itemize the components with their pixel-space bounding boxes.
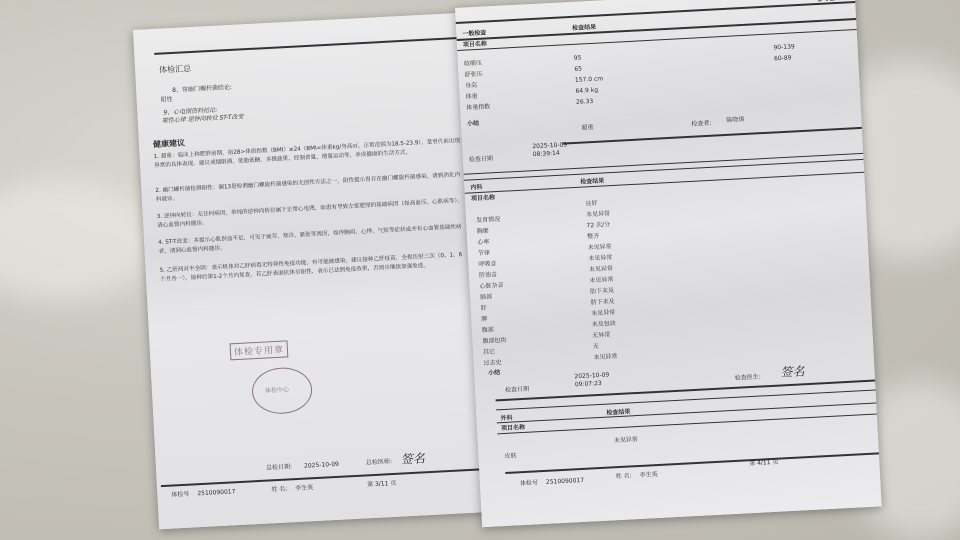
table-row-item: 脾 <box>481 315 487 324</box>
fabric-fold <box>0 180 160 300</box>
table-row-ref: 60-89 <box>774 53 792 63</box>
table-row-item: 其它 <box>483 347 495 357</box>
table-row-item: 身高 <box>465 81 477 91</box>
table-row-item: 体重 <box>465 92 477 102</box>
report-page-3: 体检汇总 8、常幽门螺杆菌结论: 阳性 9、心电图资料结论: 窦性心律 逆钟向转… <box>133 12 494 529</box>
surgery-result: 未见异常 <box>614 435 638 445</box>
summary-item-value: 阳性 <box>160 95 172 105</box>
table-row-result: 未见异常 <box>593 352 617 362</box>
table-row-result: 95 <box>574 53 582 62</box>
table-row-result: 良好 <box>585 199 597 209</box>
footer-name: 李生英 <box>295 483 313 493</box>
divider <box>456 1 856 23</box>
table-row-result: 未见异常 <box>589 275 613 285</box>
table-row-item: 收缩压 <box>464 59 482 69</box>
table-row-item: 肝 <box>481 304 487 313</box>
table-row-result: 未及包块 <box>592 319 616 329</box>
footer-name: 李生英 <box>639 470 657 480</box>
general-date-label: 检查日期 <box>469 154 493 164</box>
internal-doctor-label: 检查医生: <box>735 373 761 383</box>
footer-page-number: 第 3/11 页 <box>367 479 397 490</box>
surgery-item: 皮肤 <box>504 451 516 461</box>
internal-time: 09:07:23 <box>575 379 602 389</box>
table-row-item: 心率 <box>477 238 489 248</box>
divider <box>497 413 877 434</box>
footer-id: 2510090017 <box>197 487 236 498</box>
divider <box>496 380 876 401</box>
advice-item: 5. 乙肝两对半全阴：表示机体对乙肝病毒无特异性免疫功能，有可能被感染，建议接种… <box>159 251 467 285</box>
divider <box>465 172 865 194</box>
round-stamp-text: 体检中心 <box>265 384 289 394</box>
table-row-result: 未见异常 <box>586 209 610 219</box>
divider <box>457 18 857 40</box>
footer-id: 2510090017 <box>546 476 585 487</box>
general-summary-value: 超重 <box>581 123 593 133</box>
advice-item: 1. 超重：临床上称肥胖前期，指28>体质指数（BMI）≥24（BMI=体重kg… <box>153 137 461 171</box>
table-row-result: 65 <box>574 64 582 73</box>
internal-date-label: 检查日期 <box>505 385 529 395</box>
table-row-item: 肺部 <box>480 292 492 302</box>
table-row-result: 未见异常 <box>588 242 612 252</box>
general-summary-label: 小结 <box>467 119 479 129</box>
table-row-item: 腹部 <box>482 325 494 335</box>
table-row-result: 整齐 <box>587 232 599 242</box>
exam-date: 2025-10-09 <box>304 460 339 471</box>
exam-date-label: 总检日期: <box>266 462 292 472</box>
footer-divider <box>505 452 879 473</box>
footer-page-number: 第 4/11 页 <box>749 458 779 469</box>
table-row-item: 舒张压 <box>464 70 482 80</box>
table-row-result: 未见异常 <box>591 308 615 318</box>
table-row-item: 体重指数 <box>466 102 490 112</box>
divider <box>496 390 876 411</box>
table-row-item: 腹部包块 <box>482 336 506 346</box>
table-row-result: 无 <box>593 342 599 351</box>
table-row-item: 胸廓 <box>477 227 489 237</box>
footer-name-label: 姓 名: <box>616 471 632 481</box>
doctor-label: 总检医师: <box>366 457 392 467</box>
rect-stamp: 体检专用章 <box>230 340 289 360</box>
table-row-result: 64.9 kg <box>575 86 598 96</box>
table-row-item: 肝浊音 <box>479 270 497 280</box>
table-row-item: 心脏杂音 <box>479 281 503 291</box>
divider <box>457 29 857 51</box>
internal-doctor-signature: 签名 <box>780 362 805 380</box>
table-row-result: 肋下未及 <box>590 297 614 307</box>
footer-divider <box>161 468 484 486</box>
top-divider <box>154 37 461 55</box>
table-row-ref: 90-139 <box>773 42 795 52</box>
general-time: 08:39:14 <box>533 149 560 159</box>
divider <box>464 153 864 175</box>
round-stamp: 体检中心 <box>251 366 313 415</box>
examiner-label: 检查者: <box>691 119 711 129</box>
internal-summary-label: 小结 <box>488 368 500 378</box>
table-row-result: 未见异常 <box>589 264 613 274</box>
table-row-item: 发育情况 <box>476 215 500 225</box>
footer-id-label: 体检号 <box>171 490 189 500</box>
table-row-item: 过去史 <box>483 358 501 368</box>
section-title: 体检汇总 <box>159 63 192 76</box>
table-row-result: 72 次/分 <box>586 220 610 230</box>
table-row-result: 无异常 <box>592 330 610 340</box>
col-item-header: 项目名称 <box>471 193 495 203</box>
table-row-item: 呼吸音 <box>478 259 496 269</box>
report-page-4: 参考值 一般检查 检查结果 项目名称 收缩压9590-139舒张压6560-89… <box>455 0 882 527</box>
divider <box>562 127 862 144</box>
footer-name-label: 姓 名: <box>271 485 287 495</box>
examiner-name: 陈晓琪 <box>726 115 744 125</box>
table-row-result: 26.33 <box>576 97 594 107</box>
table-row-result: 157.0 cm <box>575 74 604 84</box>
summary-item-label: 8、常幽门螺杆菌结论: <box>172 83 232 95</box>
table-row-result: 未见异常 <box>588 253 612 263</box>
table-row-result: 肋下未及 <box>590 286 614 296</box>
doctor-signature: 签名 <box>400 449 425 467</box>
table-row-item: 节律 <box>478 249 490 259</box>
advice-title: 健康建议 <box>153 137 186 150</box>
footer-id-label: 体检号 <box>520 478 538 488</box>
